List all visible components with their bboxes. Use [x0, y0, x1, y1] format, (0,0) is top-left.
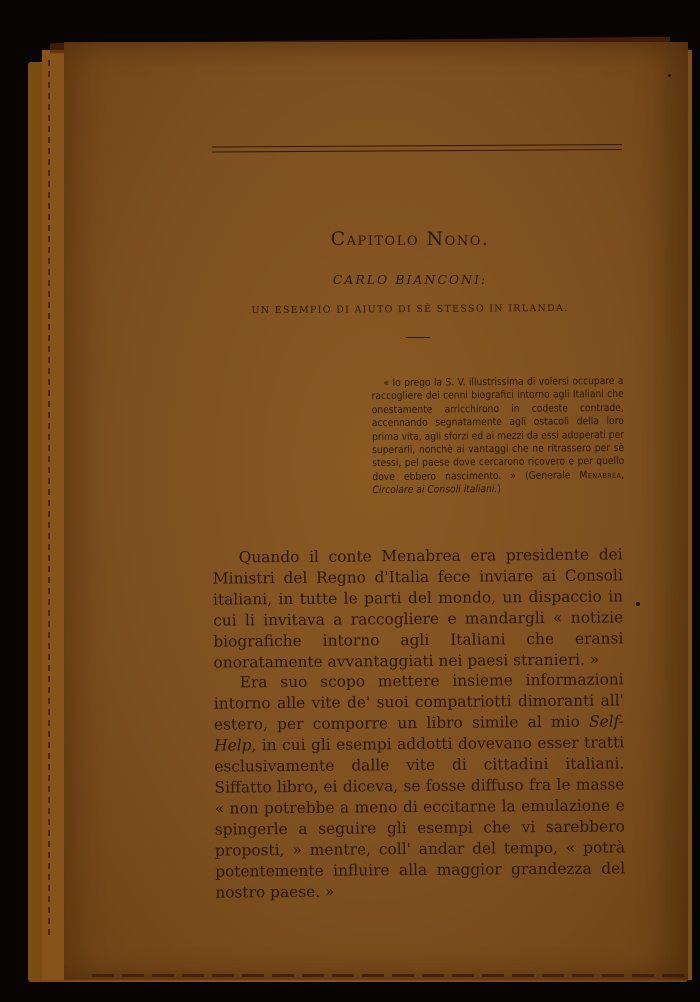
paragraph-1: Quando il conte Menabrea era presidente …: [213, 544, 624, 673]
epigraph: « Io prego la S. V. illustrissima di vol…: [371, 375, 624, 498]
paragraph-1-text: Quando il conte Menabrea era presidente …: [213, 545, 624, 671]
binding-edge: [48, 60, 50, 940]
book-scan: Capitolo Nono. CARLO BIANCONI: UN ESEMPI…: [0, 0, 700, 1002]
attribution-suffix: ): [497, 484, 501, 495]
chapter-title: Capitolo Nono.: [200, 228, 620, 250]
page-bottom-edge: [92, 974, 692, 977]
subject-name: CARLO BIANCONI:: [200, 272, 620, 287]
paragraph-2-text-after: , in cui gli esempi addotti dovevano ess…: [214, 734, 625, 902]
attribution-prefix: (Generale: [525, 470, 580, 481]
paragraph-2: Era suo scopo mettere insieme informazio…: [214, 670, 626, 903]
attribution-name: Menabrea: [579, 470, 621, 481]
epigraph-text: « Io prego la S. V. illustrissima di vol…: [372, 376, 625, 483]
ink-speck: [668, 74, 671, 77]
paragraph-2-text-before: Era suo scopo mettere insieme informazio…: [214, 671, 624, 734]
attribution-work: Circolare ai Consoli italiani.: [372, 484, 497, 496]
ink-speck: [636, 602, 640, 606]
body-text: Quando il conte Menabrea era presidente …: [213, 544, 626, 903]
section-divider: [406, 337, 430, 338]
attribution-sep: ,: [621, 470, 624, 481]
